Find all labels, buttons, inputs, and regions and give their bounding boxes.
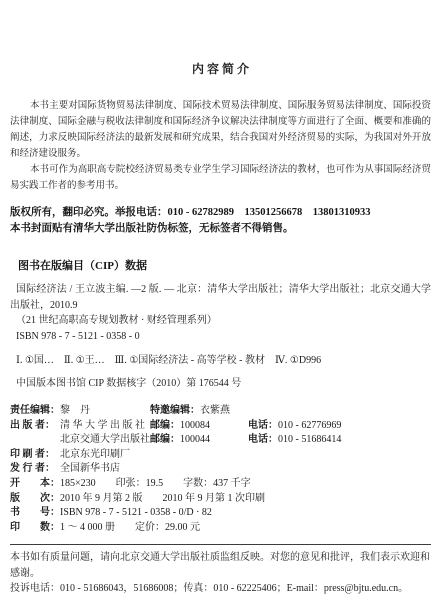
phone-number-2: 010 - 51686414 — [278, 434, 341, 445]
quality-note-line2: 投诉电话：010 - 51686043，51686008；传真：010 - 62… — [10, 581, 431, 597]
guest-editor-name: 衣紫燕 — [200, 405, 230, 416]
edition-label: 版 次： — [10, 492, 60, 507]
editor-label: 责任编辑： — [10, 404, 60, 419]
zip-code-1: 100084 — [180, 420, 210, 431]
copyright-warning-line1: 版权所有，翻印必究。举报电话：010 - 62782989 1350125667… — [10, 205, 431, 221]
book-number-value: ISBN 978 - 7 - 5121 - 0358 - 0/D · 82 — [60, 506, 212, 521]
cip-series: （21 世纪高职高专规划教材 · 财经管理系列） — [10, 313, 431, 329]
copyright-warning: 版权所有，翻印必究。举报电话：010 - 62782989 1350125667… — [10, 205, 431, 236]
editor-name: 黎 丹 — [60, 405, 90, 416]
quality-note-line1: 本书如有质量问题，请向北京交通大学出版社质监组反映。对您的意见和批评，我们表示欢… — [10, 550, 431, 581]
format-label: 开 本： — [10, 477, 60, 492]
divider-rule — [10, 544, 431, 545]
edition-value: 2010 年 9 月第 2 版 2010 年 9 月第 1 次印刷 — [60, 492, 265, 507]
summary-paragraph-1: 本书主要对国际货物贸易法律制度、国际技术贸易法律制度、国际服务贸易法律制度、国际… — [10, 98, 431, 162]
distributor-row: 发 行 者：全国新华书店 — [10, 462, 431, 477]
quality-note: 本书如有质量问题，请向北京交通大学出版社质监组反映。对您的意见和批评，我们表示欢… — [10, 550, 431, 597]
cip-classification: Ⅰ. ①国… Ⅱ. ①王… Ⅲ. ①国际经济法 - 高等学校 - 教材 Ⅳ. ①… — [10, 353, 431, 369]
zip-label-1: 邮编： — [150, 420, 180, 431]
content-summary-heading: 内 容 简 介 — [10, 60, 431, 77]
zip-label-2: 邮编： — [150, 434, 180, 445]
print-run-label: 印 数： — [10, 521, 60, 536]
phone-label-1: 电话： — [248, 420, 278, 431]
editor-row: 责任编辑：黎 丹 特邀编辑：衣紫燕 — [10, 404, 431, 419]
edition-row: 版 次：2010 年 9 月第 2 版 2010 年 9 月第 1 次印刷 — [10, 492, 431, 507]
zip-code-2: 100044 — [180, 434, 210, 445]
summary-paragraph-2: 本书可作为高职高专院校经济贸易类专业学生学习国际经济法的教材，也可作为从事国际经… — [10, 162, 431, 194]
publisher-label: 出 版 者： — [10, 419, 60, 434]
publisher-row-1: 出 版 者：清 华 大 学 出 版 社 邮编：100084 电话：010 - 6… — [10, 419, 431, 434]
cip-heading: 图书在版编目（CIP）数据 — [10, 257, 431, 273]
printer-name: 北京东光印刷厂 — [60, 448, 130, 463]
publisher-name-1: 清 华 大 学 出 版 社 — [60, 420, 145, 431]
copyright-warning-line2: 本书封面贴有清华大学出版社防伪标签，无标签者不得销售。 — [10, 221, 431, 237]
book-number-label: 书 号： — [10, 506, 60, 521]
phone-label-2: 电话： — [248, 434, 278, 445]
format-row: 开 本：185×230 印张：19.5 字数：437 千字 — [10, 477, 431, 492]
book-copyright-page: 内 容 简 介 本书主要对国际货物贸易法律制度、国际技术贸易法律制度、国际服务贸… — [0, 0, 440, 601]
publisher-name-2: 北京交通大学出版社 — [60, 434, 150, 445]
print-run-value: 1 ～ 4 000 册 定价：29.00 元 — [60, 521, 200, 536]
guest-editor-label: 特邀编辑： — [150, 405, 200, 416]
distributor-name: 全国新华书店 — [60, 462, 120, 477]
printer-row: 印 刷 者：北京东光印刷厂 — [10, 448, 431, 463]
phone-number-1: 010 - 62776969 — [278, 420, 341, 431]
printer-label: 印 刷 者： — [10, 448, 60, 463]
print-run-row: 印 数：1 ～ 4 000 册 定价：29.00 元 — [10, 521, 431, 536]
format-value: 185×230 印张：19.5 字数：437 千字 — [60, 477, 251, 492]
cip-isbn: ISBN 978 - 7 - 5121 - 0358 - 0 — [10, 329, 431, 345]
book-number-row: 书 号：ISBN 978 - 7 - 5121 - 0358 - 0/D · 8… — [10, 506, 431, 521]
cip-entry: 国际经济法 / 王立波主编. —2 版. — 北京：清华大学出版社；清华大学出版… — [10, 282, 431, 313]
colophon: 责任编辑：黎 丹 特邀编辑：衣紫燕 出 版 者：清 华 大 学 出 版 社 邮编… — [10, 404, 431, 535]
cip-record-number: 中国版本图书馆 CIP 数据核字（2010）第 176544 号 — [10, 376, 431, 392]
publisher-row-2: 北京交通大学出版社 邮编：100044 电话：010 - 51686414 — [10, 433, 431, 448]
distributor-label: 发 行 者： — [10, 462, 60, 477]
